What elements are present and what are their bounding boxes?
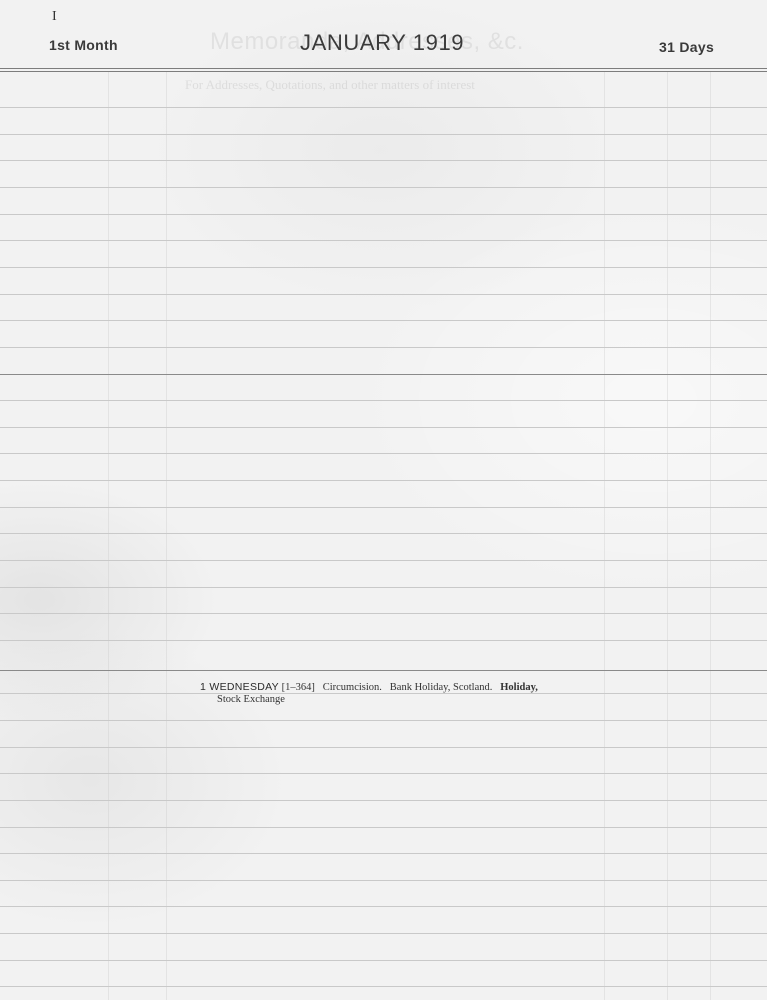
day-label: 1 WEDNESDAY — [200, 681, 279, 693]
month-ordinal: 1st Month — [49, 37, 118, 53]
day-count: [1–364] — [282, 682, 315, 693]
ruled-line — [0, 214, 767, 215]
section-divider — [0, 374, 767, 375]
ruled-line — [0, 240, 767, 241]
ruled-line — [0, 587, 767, 588]
ruled-line — [0, 294, 767, 295]
event-continuation: Stock Exchange — [200, 694, 600, 706]
ruled-line — [0, 960, 767, 961]
ruled-line — [0, 720, 767, 721]
ruled-line — [0, 320, 767, 321]
ruled-line — [0, 427, 767, 428]
ruled-line — [0, 453, 767, 454]
ruled-line — [0, 560, 767, 561]
ruled-line — [0, 507, 767, 508]
show-through-subheading: For Addresses, Quotations, and other mat… — [185, 77, 475, 93]
ruled-line — [0, 134, 767, 135]
ruled-line — [0, 773, 767, 774]
ruled-line — [0, 640, 767, 641]
day-entry: 1 WEDNESDAY [1–364] Circumcision. Bank H… — [200, 681, 600, 706]
ruled-line — [0, 160, 767, 161]
ruled-line — [0, 107, 767, 108]
ruled-line — [0, 747, 767, 748]
column-guide — [710, 72, 711, 1000]
ruled-line — [0, 347, 767, 348]
diary-page: Memoranda, Addresses, &c. For Addresses,… — [0, 0, 767, 1000]
column-guide — [166, 72, 167, 1000]
page-title: JANUARY 1919 — [300, 30, 464, 56]
ruled-line — [0, 800, 767, 801]
ruled-line — [0, 613, 767, 614]
ruled-line — [0, 480, 767, 481]
event-holiday: Holiday, — [500, 682, 538, 693]
column-guide — [108, 72, 109, 1000]
ruled-line — [0, 906, 767, 907]
ruled-line — [0, 853, 767, 854]
header-double-rule-bottom — [0, 71, 767, 72]
ruled-line — [0, 187, 767, 188]
page-number-roman: I — [52, 9, 57, 25]
ruled-line — [0, 267, 767, 268]
column-guide — [604, 72, 605, 1000]
event-bank-holiday: Bank Holiday, Scotland. — [390, 682, 493, 693]
ruled-line — [0, 933, 767, 934]
ruled-line — [0, 986, 767, 987]
event-circumcision: Circumcision. — [323, 682, 382, 693]
ruled-line — [0, 827, 767, 828]
ruled-line — [0, 533, 767, 534]
ruled-line — [0, 400, 767, 401]
header-double-rule-top — [0, 68, 767, 69]
section-divider — [0, 670, 767, 671]
column-guide — [667, 72, 668, 1000]
ruled-line — [0, 880, 767, 881]
days-count: 31 Days — [659, 39, 714, 55]
